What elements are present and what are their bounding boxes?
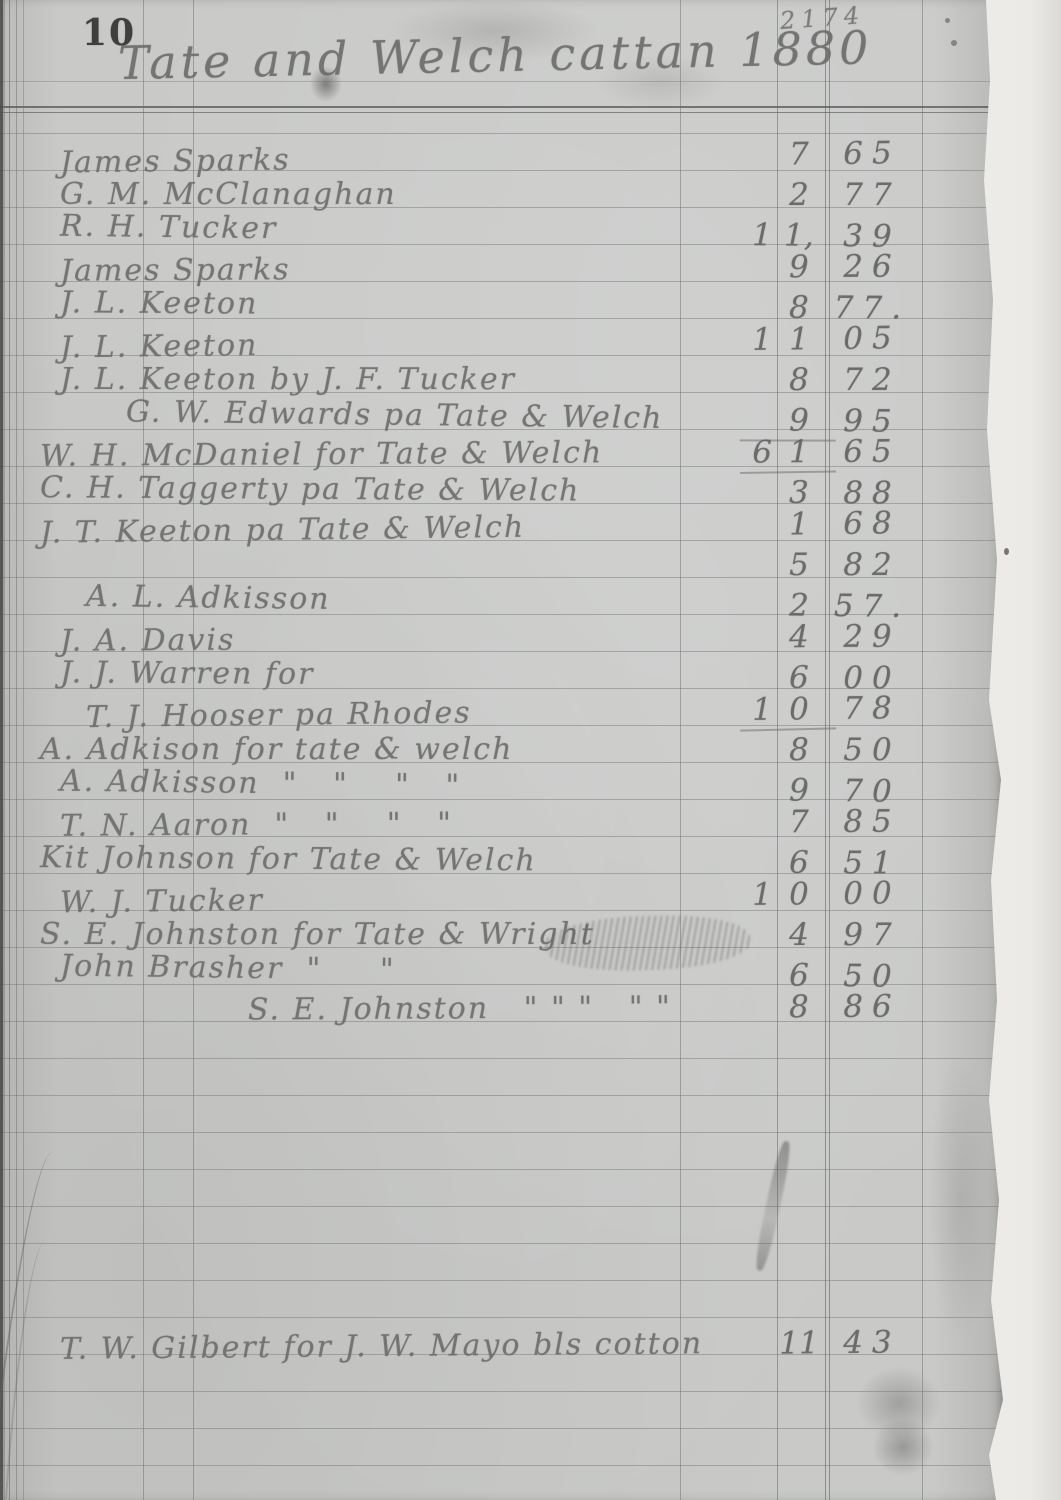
ink-dot <box>945 18 950 23</box>
ledger-row: S. E. Johnston " " " " " 8 86 <box>0 986 1003 1032</box>
amount-dollars: 7 <box>776 802 822 842</box>
debtor-name: A. Adkisson " " " " <box>60 762 462 807</box>
amount-cents: 43 <box>830 1322 914 1363</box>
amount-dollars: 0 <box>776 689 822 730</box>
amount-cents: 05 <box>830 318 914 359</box>
debtor-name: C. H. Taggerty pa Tate & Welch <box>40 468 581 511</box>
amount-dollars: 4 <box>776 915 822 955</box>
amount-cents: 68 <box>830 503 914 544</box>
debtor-name: J. L. Keeton <box>60 283 259 324</box>
amount-cents: 77 <box>830 175 914 215</box>
amount-dollars: 1 <box>776 319 822 360</box>
amount-cents: 00 <box>830 873 914 914</box>
amount-dollars: 2 <box>776 175 822 215</box>
top-smudge-stain <box>388 0 598 62</box>
header-smudge-stain <box>595 55 725 110</box>
ledger-paper: 10 2174 Tate and Welch cattan 1880 James… <box>0 0 1003 1500</box>
amount-dollars: 7 <box>776 134 822 175</box>
ink-dot <box>951 40 957 46</box>
debtor-name: S. E. Johnston " " " " " <box>248 988 672 1031</box>
amount-cents: 29 <box>830 616 914 657</box>
paper-edge-nick <box>1004 548 1009 555</box>
amount-dollars: 0 <box>776 874 822 915</box>
scanned-ledger-page: { "colors": { "paper": "#c9cac8", "penci… <box>0 0 1061 1500</box>
amount-cents: 26 <box>830 246 914 287</box>
amount-tens-digit: 1 <box>736 690 772 730</box>
amount-cents: 86 <box>830 986 914 1027</box>
amount-dollars: 11 <box>776 1323 822 1363</box>
debtor-name: John Brasher " " <box>60 947 396 991</box>
amount-dollars: 4 <box>776 617 822 657</box>
ink-blot-stain <box>310 66 342 102</box>
amount-dollars: 1 <box>776 504 822 545</box>
amount-tens-digit: 1 <box>736 875 772 915</box>
debtor-name: Kit Johnson for Tate & Welch <box>40 838 537 881</box>
header-double-rule-top <box>0 106 1000 108</box>
debtor-name: J. J. Warren for <box>60 653 315 695</box>
amount-cents: 65 <box>830 431 914 472</box>
header-double-rule-bottom <box>0 112 1000 113</box>
amount-cents: 50 <box>830 730 914 770</box>
amount-cents: 78 <box>830 688 914 729</box>
amount-tens-digit: 6 <box>736 432 772 472</box>
debtor-name: T. W. Gilbert for J. W. Mayo bls cotton <box>60 1324 703 1370</box>
amount-dollars: 8 <box>776 730 822 770</box>
amount-dollars: 8 <box>776 987 822 1027</box>
amount-cents: 85 <box>830 801 914 842</box>
amount-tens-digit: 1 <box>736 320 772 360</box>
amount-cents: 65 <box>830 133 914 174</box>
amount-dollars: 1 <box>776 432 822 472</box>
debtor-name: R. H. Tucker <box>60 207 278 250</box>
debtor-name: G. W. Edwards pa Tate & Welch <box>126 392 664 439</box>
debtor-name: A. L. Adkisson <box>86 577 331 620</box>
amount-dollars: 8 <box>776 360 822 400</box>
amount-cents: 97 <box>830 915 914 955</box>
amount-cents: 82 <box>830 545 914 585</box>
amount-cents: 72 <box>830 360 914 400</box>
amount-dollars: 5 <box>776 545 822 585</box>
right-margin-stain <box>928 1055 994 1345</box>
amount-dollars: 9 <box>776 247 822 287</box>
